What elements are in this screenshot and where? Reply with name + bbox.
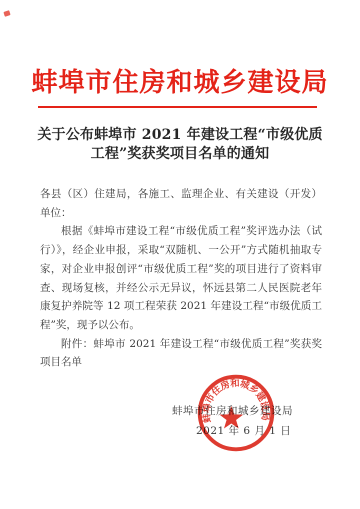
header-divider-rule bbox=[38, 106, 317, 108]
official-notice-page: 蚌埠市住房和城乡建设局 关于公布蚌埠市 2021 年建设工程“市级优质工程”奖获… bbox=[0, 0, 360, 509]
agency-header-title: 蚌埠市住房和城乡建设局 bbox=[0, 62, 360, 99]
red-corner-mark bbox=[3, 10, 10, 17]
attachment-paragraph: 附件：蚌埠市 2021 年建设工程“市级优质工程”奖获奖项目名单 bbox=[40, 335, 322, 372]
salutation-paragraph: 各县（区）住建局，各施工、监理企业、有关建设（开发）单位： bbox=[40, 185, 322, 222]
official-seal: 蚌埠市住房和城乡建设局 bbox=[197, 373, 275, 453]
notice-title: 关于公布蚌埠市 2021 年建设工程“市级优质工程”奖获奖项目名单的通知 bbox=[34, 126, 326, 164]
red-star-icon bbox=[219, 406, 243, 429]
notice-body: 各县（区）住建局，各施工、监理企业、有关建设（开发）单位： 根据《蚌埠市建设工程… bbox=[40, 185, 322, 372]
main-paragraph: 根据《蚌埠市建设工程“市级优质工程”奖评选办法（试行）》，经企业申报，采取“双随… bbox=[40, 222, 322, 334]
